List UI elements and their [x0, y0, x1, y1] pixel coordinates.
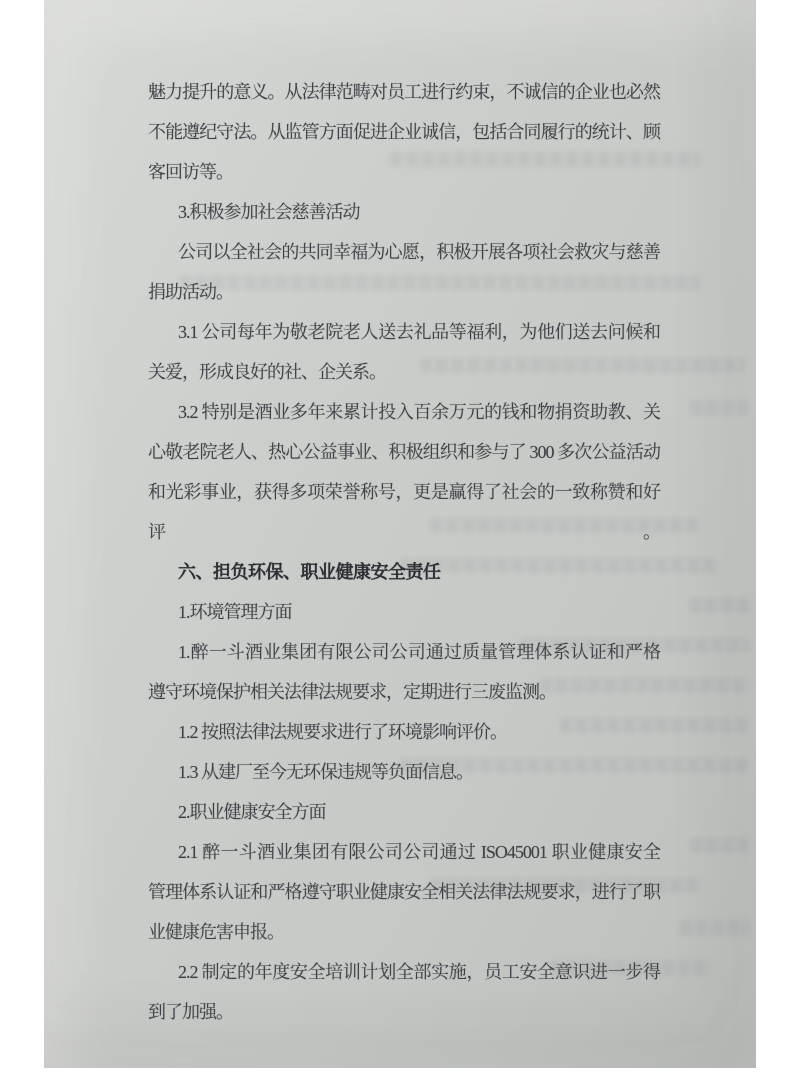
bleed-through-smudge: [690, 598, 750, 613]
text-line: 1.醉一斗酒业集团有限公司公司通过质量管理体系认证和严格: [148, 632, 660, 672]
text-line: 关爱，形成良好的社、企关系。: [148, 352, 660, 392]
text-line: 管理体系认证和严格遵守职业健康安全相关法律法规要求，进行了职: [148, 872, 660, 912]
text-line: 1.3 从建厂至今无环保违规等负面信息。: [148, 752, 660, 792]
text-line: 公司以全社会的共同幸福为心愿，积极开展各项社会救灾与慈善: [148, 232, 660, 272]
text-block: 魅力提升的意义。从法律范畴对员工进行约束，不诚信的企业也必然不能遵纪守法。从监管…: [148, 72, 660, 1032]
text-line: 捐助活动。: [148, 272, 660, 312]
text-line: 3.积极参加社会慈善活动: [148, 192, 660, 232]
text-line: 遵守环境保护相关法律法规要求，定期进行三废监测。: [148, 672, 660, 712]
text-line: 和光彩事业，获得多项荣誉称号，更是赢得了社会的一致称赞和好评。: [148, 472, 660, 552]
text-line: 2.职业健康安全方面: [148, 792, 660, 832]
text-line: 到了加强。: [148, 992, 660, 1032]
bleed-through-smudge: [680, 920, 750, 935]
document-photo: 魅力提升的意义。从法律范畴对员工进行约束，不诚信的企业也必然不能遵纪守法。从监管…: [44, 0, 756, 1068]
text-line: 1.环境管理方面: [148, 592, 660, 632]
text-line: 3.1 公司每年为敬老院老人送去礼品等福利，为他们送去问候和: [148, 312, 660, 352]
text-line: 魅力提升的意义。从法律范畴对员工进行约束，不诚信的企业也必然: [148, 72, 660, 112]
text-line: 心敬老院老人、热心公益事业、积极组织和参与了 300 多次公益活动: [148, 432, 660, 472]
text-line: 2.2 制定的年度安全培训计划全部实施，员工安全意识进一步得: [148, 952, 660, 992]
text-line: 3.2 特别是酒业多年来累计投入百余万元的钱和物捐资助教、关: [148, 392, 660, 432]
text-line: 业健康危害申报。: [148, 912, 660, 952]
text-line: 2.1 醉一斗酒业集团有限公司公司通过 ISO45001 职业健康安全: [148, 832, 660, 872]
bleed-through-smudge: [690, 400, 748, 415]
text-line: 1.2 按照法律法规要求进行了环境影响评价。: [148, 712, 660, 752]
bleed-through-smudge: [690, 838, 750, 853]
section-heading: 六、担负环保、职业健康安全责任: [148, 552, 660, 592]
text-line: 客回访等。: [148, 152, 660, 192]
text-line: 不能遵纪守法。从监管方面促进企业诚信，包括合同履行的统计、顾: [148, 112, 660, 152]
